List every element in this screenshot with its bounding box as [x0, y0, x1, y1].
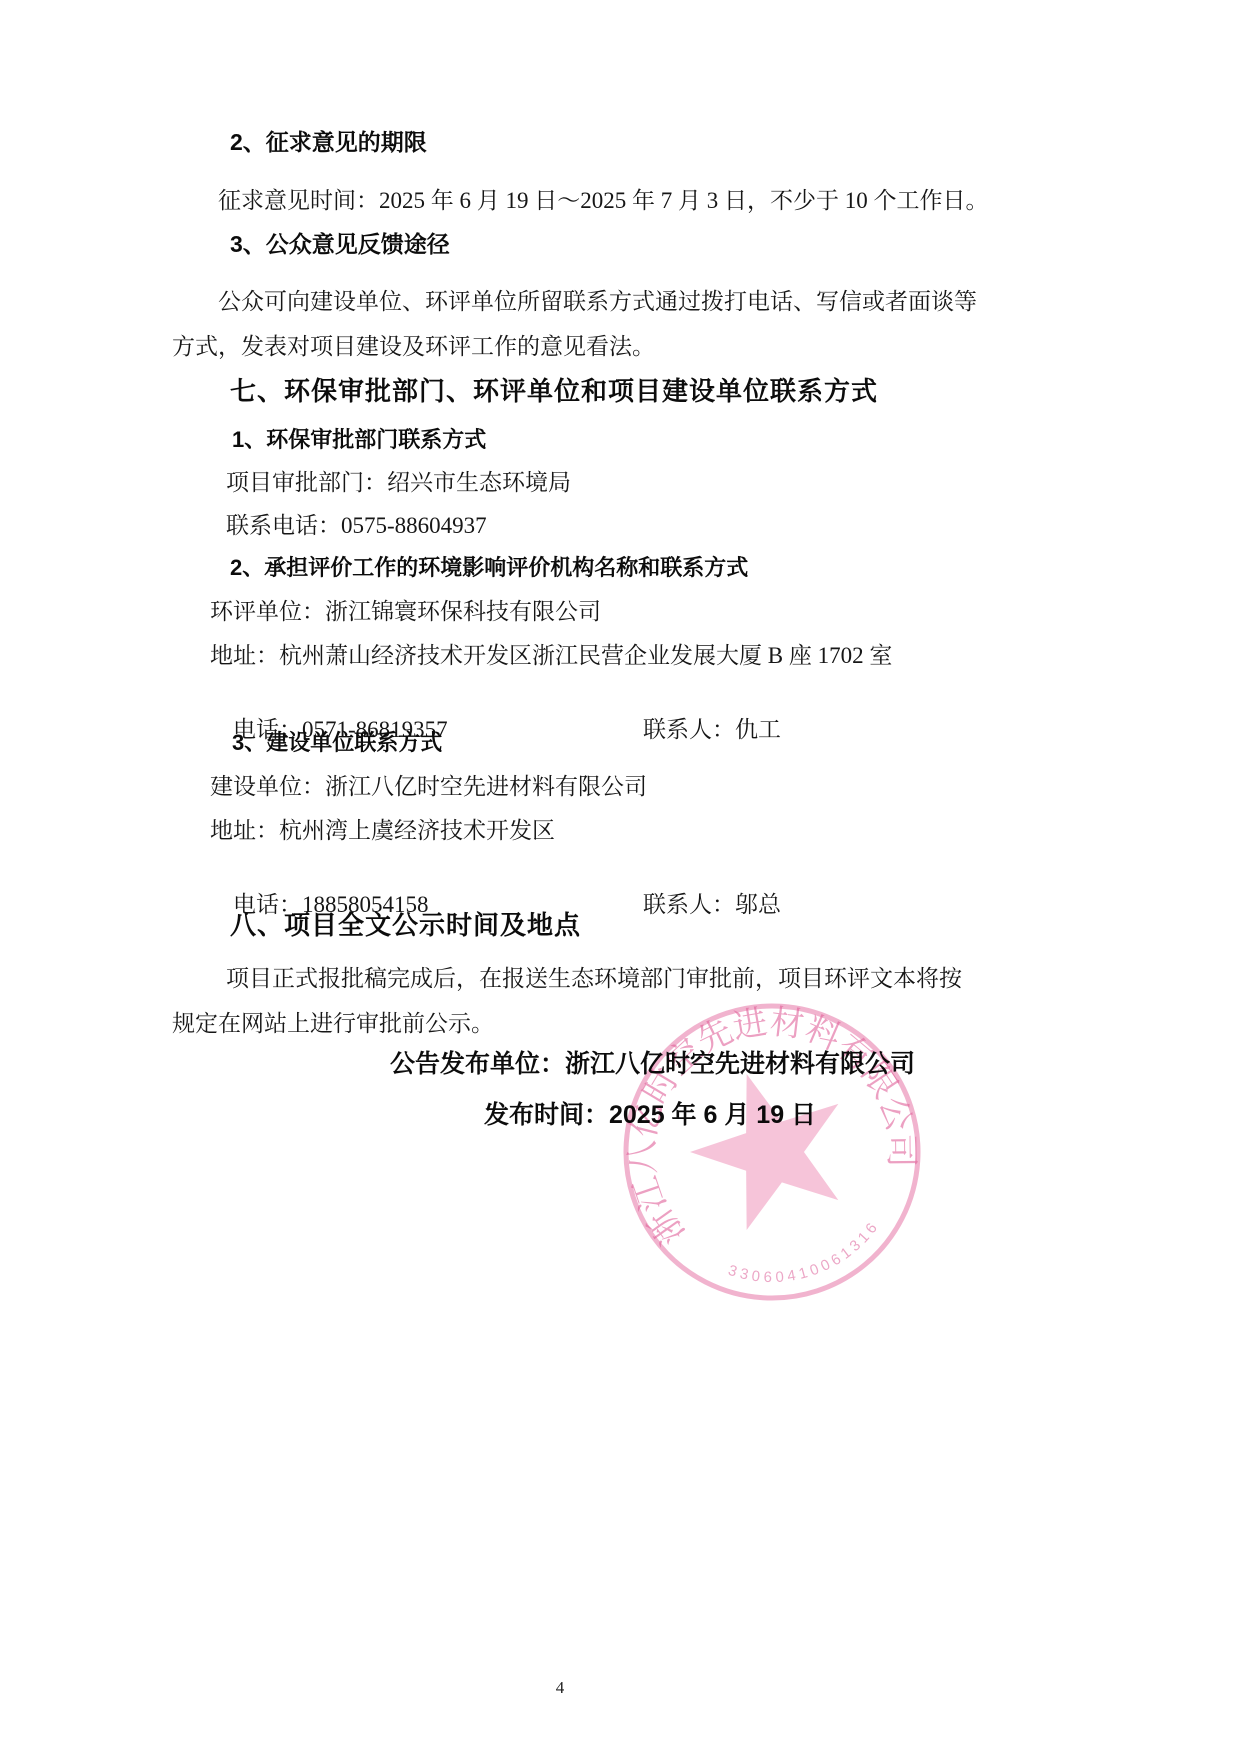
comment-period-text: 征求意见时间：2025 年 6 月 19 日～2025 年 7 月 3 日，不少… [218, 186, 989, 216]
section-7-1-heading: 1、环保审批部门联系方式 [232, 426, 486, 455]
section-3-heading: 3、公众意见反馈途径 [230, 230, 450, 260]
construction-address: 地址：杭州湾上虞经济技术开发区 [210, 816, 555, 846]
publish-date-line: 发布时间：2025 年 6 月 19 日 [484, 1099, 816, 1132]
section-7-heading: 七、环保审批部门、环评单位和项目建设单位联系方式 [230, 375, 878, 409]
construction-unit: 建设单位：浙江八亿时空先进材料有限公司 [210, 772, 647, 802]
document-page: 2、征求意见的期限 征求意见时间：2025 年 6 月 19 日～2025 年 … [0, 0, 1240, 1754]
section-2-heading: 2、征求意见的期限 [230, 128, 427, 158]
eia-unit: 环评单位：浙江锦寰环保科技有限公司 [210, 597, 601, 627]
page-number: 4 [0, 1678, 1120, 1698]
approval-phone: 联系电话：0575-88604937 [226, 511, 487, 541]
feedback-text-line-1: 公众可向建设单位、环评单位所留联系方式通过拨打电话、写信或者面谈等 [218, 287, 977, 317]
section-7-2-heading: 2、承担评价工作的环境影响评价机构名称和联系方式 [230, 554, 748, 583]
full-text-notice-line-2: 规定在网站上进行审批前公示。 [172, 1009, 494, 1039]
construction-contact-person: 联系人：邬总 [643, 892, 781, 917]
full-text-notice-line-1: 项目正式报批稿完成后，在报送生态环境部门审批前，项目环评文本将按 [226, 964, 962, 994]
seal-ring [588, 968, 956, 1336]
approval-department: 项目审批部门：绍兴市生态环境局 [226, 468, 571, 498]
eia-address: 地址：杭州萧山经济技术开发区浙江民营企业发展大厦 B 座 1702 室 [210, 641, 892, 671]
feedback-text-line-2: 方式，发表对项目建设及环评工作的意见看法。 [172, 332, 655, 362]
publisher-line: 公告发布单位：浙江八亿时空先进材料有限公司 [390, 1048, 915, 1081]
section-7-3-heading: 3、建设单位联系方式 [232, 729, 442, 758]
seal-code: 33060410061316 [722, 1214, 892, 1305]
eia-contact-person: 联系人：仇工 [643, 717, 781, 742]
section-8-heading: 八、项目全文公示时间及地点 [230, 909, 581, 943]
